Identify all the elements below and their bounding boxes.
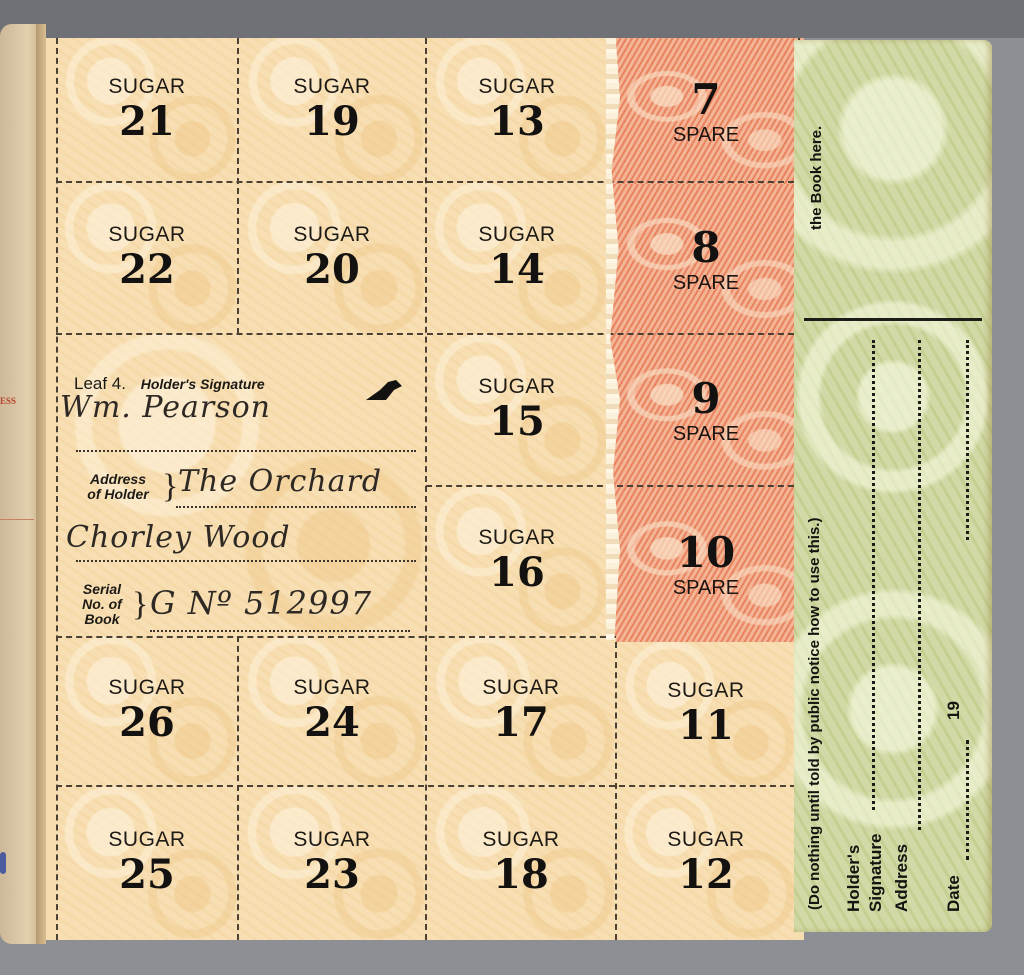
counterfoil-instruction: (Do nothing until told by public notice … (806, 518, 823, 910)
coupon-label: SUGAR (667, 828, 744, 852)
spare-label: SPARE (673, 423, 739, 446)
sugar-coupon: SUGAR 18 (426, 786, 616, 940)
sugar-coupon: SUGAR 12 (616, 786, 796, 940)
perforation (56, 333, 804, 335)
address-label: Address (892, 844, 912, 912)
coupon-number: 16 (489, 550, 545, 596)
coupon-number: 25 (119, 852, 175, 898)
spare-number: 8 (691, 224, 720, 272)
coupon-number: 21 (119, 99, 175, 145)
sugar-coupon: SUGAR 23 (238, 786, 426, 940)
holder-details: Leaf 4. Holder's Signature Wm. Pearson A… (56, 338, 426, 638)
pointing-hand-icon (364, 378, 404, 404)
counterfoil: the Book here. (Do nothing until told by… (794, 40, 992, 932)
red-text-fragment: ESS (0, 396, 16, 406)
coupon-number: 13 (489, 99, 545, 145)
address-line-1 (176, 506, 416, 508)
date-dotted-line (966, 340, 969, 540)
sugar-coupon: SUGAR 22 (56, 182, 238, 334)
coupon-label: SUGAR (293, 75, 370, 99)
coupon-label: SUGAR (108, 223, 185, 247)
sugar-coupon: SUGAR 15 (426, 334, 608, 486)
date-dotted-line (966, 740, 969, 860)
address-line-2 (76, 560, 416, 562)
coupon-number: 22 (119, 247, 175, 293)
binding-gutter (36, 24, 46, 944)
coupon-label: SUGAR (293, 828, 370, 852)
ration-coupon-sheet: SUGAR 21 SUGAR 19 SUGAR 13 SUGAR 22 SUGA… (46, 38, 804, 940)
coupon-label: SUGAR (478, 375, 555, 399)
handwritten-address-line-1: The Orchard (178, 464, 382, 499)
perforation (56, 181, 804, 183)
coupon-number: 17 (493, 700, 549, 746)
coupon-label: SUGAR (108, 75, 185, 99)
address-label: Address of Holder (72, 472, 164, 502)
coupon-label: SUGAR (478, 75, 555, 99)
perforation (56, 785, 796, 787)
spare-label: SPARE (673, 272, 739, 295)
brace: } (162, 470, 178, 504)
serial-label: Serial No. of Book (72, 582, 132, 627)
coupon-label: SUGAR (108, 676, 185, 700)
coupon-number: 19 (304, 99, 360, 145)
address-dotted-line (918, 340, 921, 830)
handwritten-address-line-2: Chorley Wood (66, 520, 291, 555)
spare-label: SPARE (673, 124, 739, 147)
sugar-coupon: SUGAR 21 (56, 38, 238, 182)
spare-coupon: 9 SPARE (608, 334, 804, 486)
coupon-label: SUGAR (482, 676, 559, 700)
blue-ink-mark (0, 852, 6, 874)
sugar-coupon: SUGAR 16 (426, 486, 608, 636)
spare-coupon: 10 SPARE (608, 486, 804, 642)
coupon-number: 18 (493, 852, 549, 898)
holders-label: Holder's (844, 845, 864, 912)
perforation (237, 38, 239, 334)
sugar-coupon: SUGAR 26 (56, 636, 238, 786)
spare-number: 7 (691, 76, 720, 124)
handwritten-signature: Wm. Pearson (60, 390, 271, 425)
spare-coupon: 7 SPARE (608, 38, 804, 184)
counterfoil-rule (804, 318, 982, 321)
brace: } (132, 588, 148, 622)
sugar-coupon: SUGAR 14 (426, 182, 608, 334)
coupon-label: SUGAR (478, 526, 555, 550)
perforation (426, 485, 804, 487)
sugar-coupon: SUGAR 25 (56, 786, 238, 940)
sugar-coupon: SUGAR 17 (426, 636, 616, 786)
coupon-label: SUGAR (478, 223, 555, 247)
serial-line (150, 630, 410, 632)
coupon-number: 23 (304, 852, 360, 898)
sugar-coupon: SUGAR 13 (426, 38, 608, 182)
page-rule (0, 519, 34, 520)
spare-number: 9 (691, 375, 720, 423)
coupon-number: 14 (489, 247, 545, 293)
perforation (237, 636, 239, 940)
coupon-number: 12 (678, 852, 734, 898)
coupon-number: 26 (119, 700, 175, 746)
signature-line (76, 450, 416, 452)
coupon-label: SUGAR (293, 223, 370, 247)
handwritten-serial-number: G Nº 512997 (150, 584, 372, 622)
coupon-label: SUGAR (482, 828, 559, 852)
coupon-label: SUGAR (667, 679, 744, 703)
backdrop (0, 0, 1024, 38)
year-prefix: 19 (944, 701, 964, 720)
coupon-number: 15 (489, 399, 545, 445)
sugar-coupon: SUGAR 19 (238, 38, 426, 182)
signature-label: Signature (866, 834, 886, 912)
spare-coupon: 8 SPARE (608, 184, 804, 334)
coupon-label: SUGAR (108, 828, 185, 852)
counterfoil-top-text: the Book here. (808, 126, 825, 230)
coupon-number: 20 (304, 247, 360, 293)
spare-label: SPARE (673, 577, 739, 600)
signature-dotted-line (872, 340, 875, 810)
coupon-label: SUGAR (293, 676, 370, 700)
previous-page: ESS (0, 24, 46, 944)
sugar-coupon: SUGAR 20 (238, 182, 426, 334)
spare-number: 10 (677, 529, 735, 577)
coupon-number: 24 (304, 700, 360, 746)
sugar-coupon: SUGAR 11 (616, 642, 796, 786)
perforation (615, 642, 617, 940)
coupon-number: 11 (678, 703, 734, 749)
sugar-coupon: SUGAR 24 (238, 636, 426, 786)
date-label: Date (944, 875, 964, 912)
